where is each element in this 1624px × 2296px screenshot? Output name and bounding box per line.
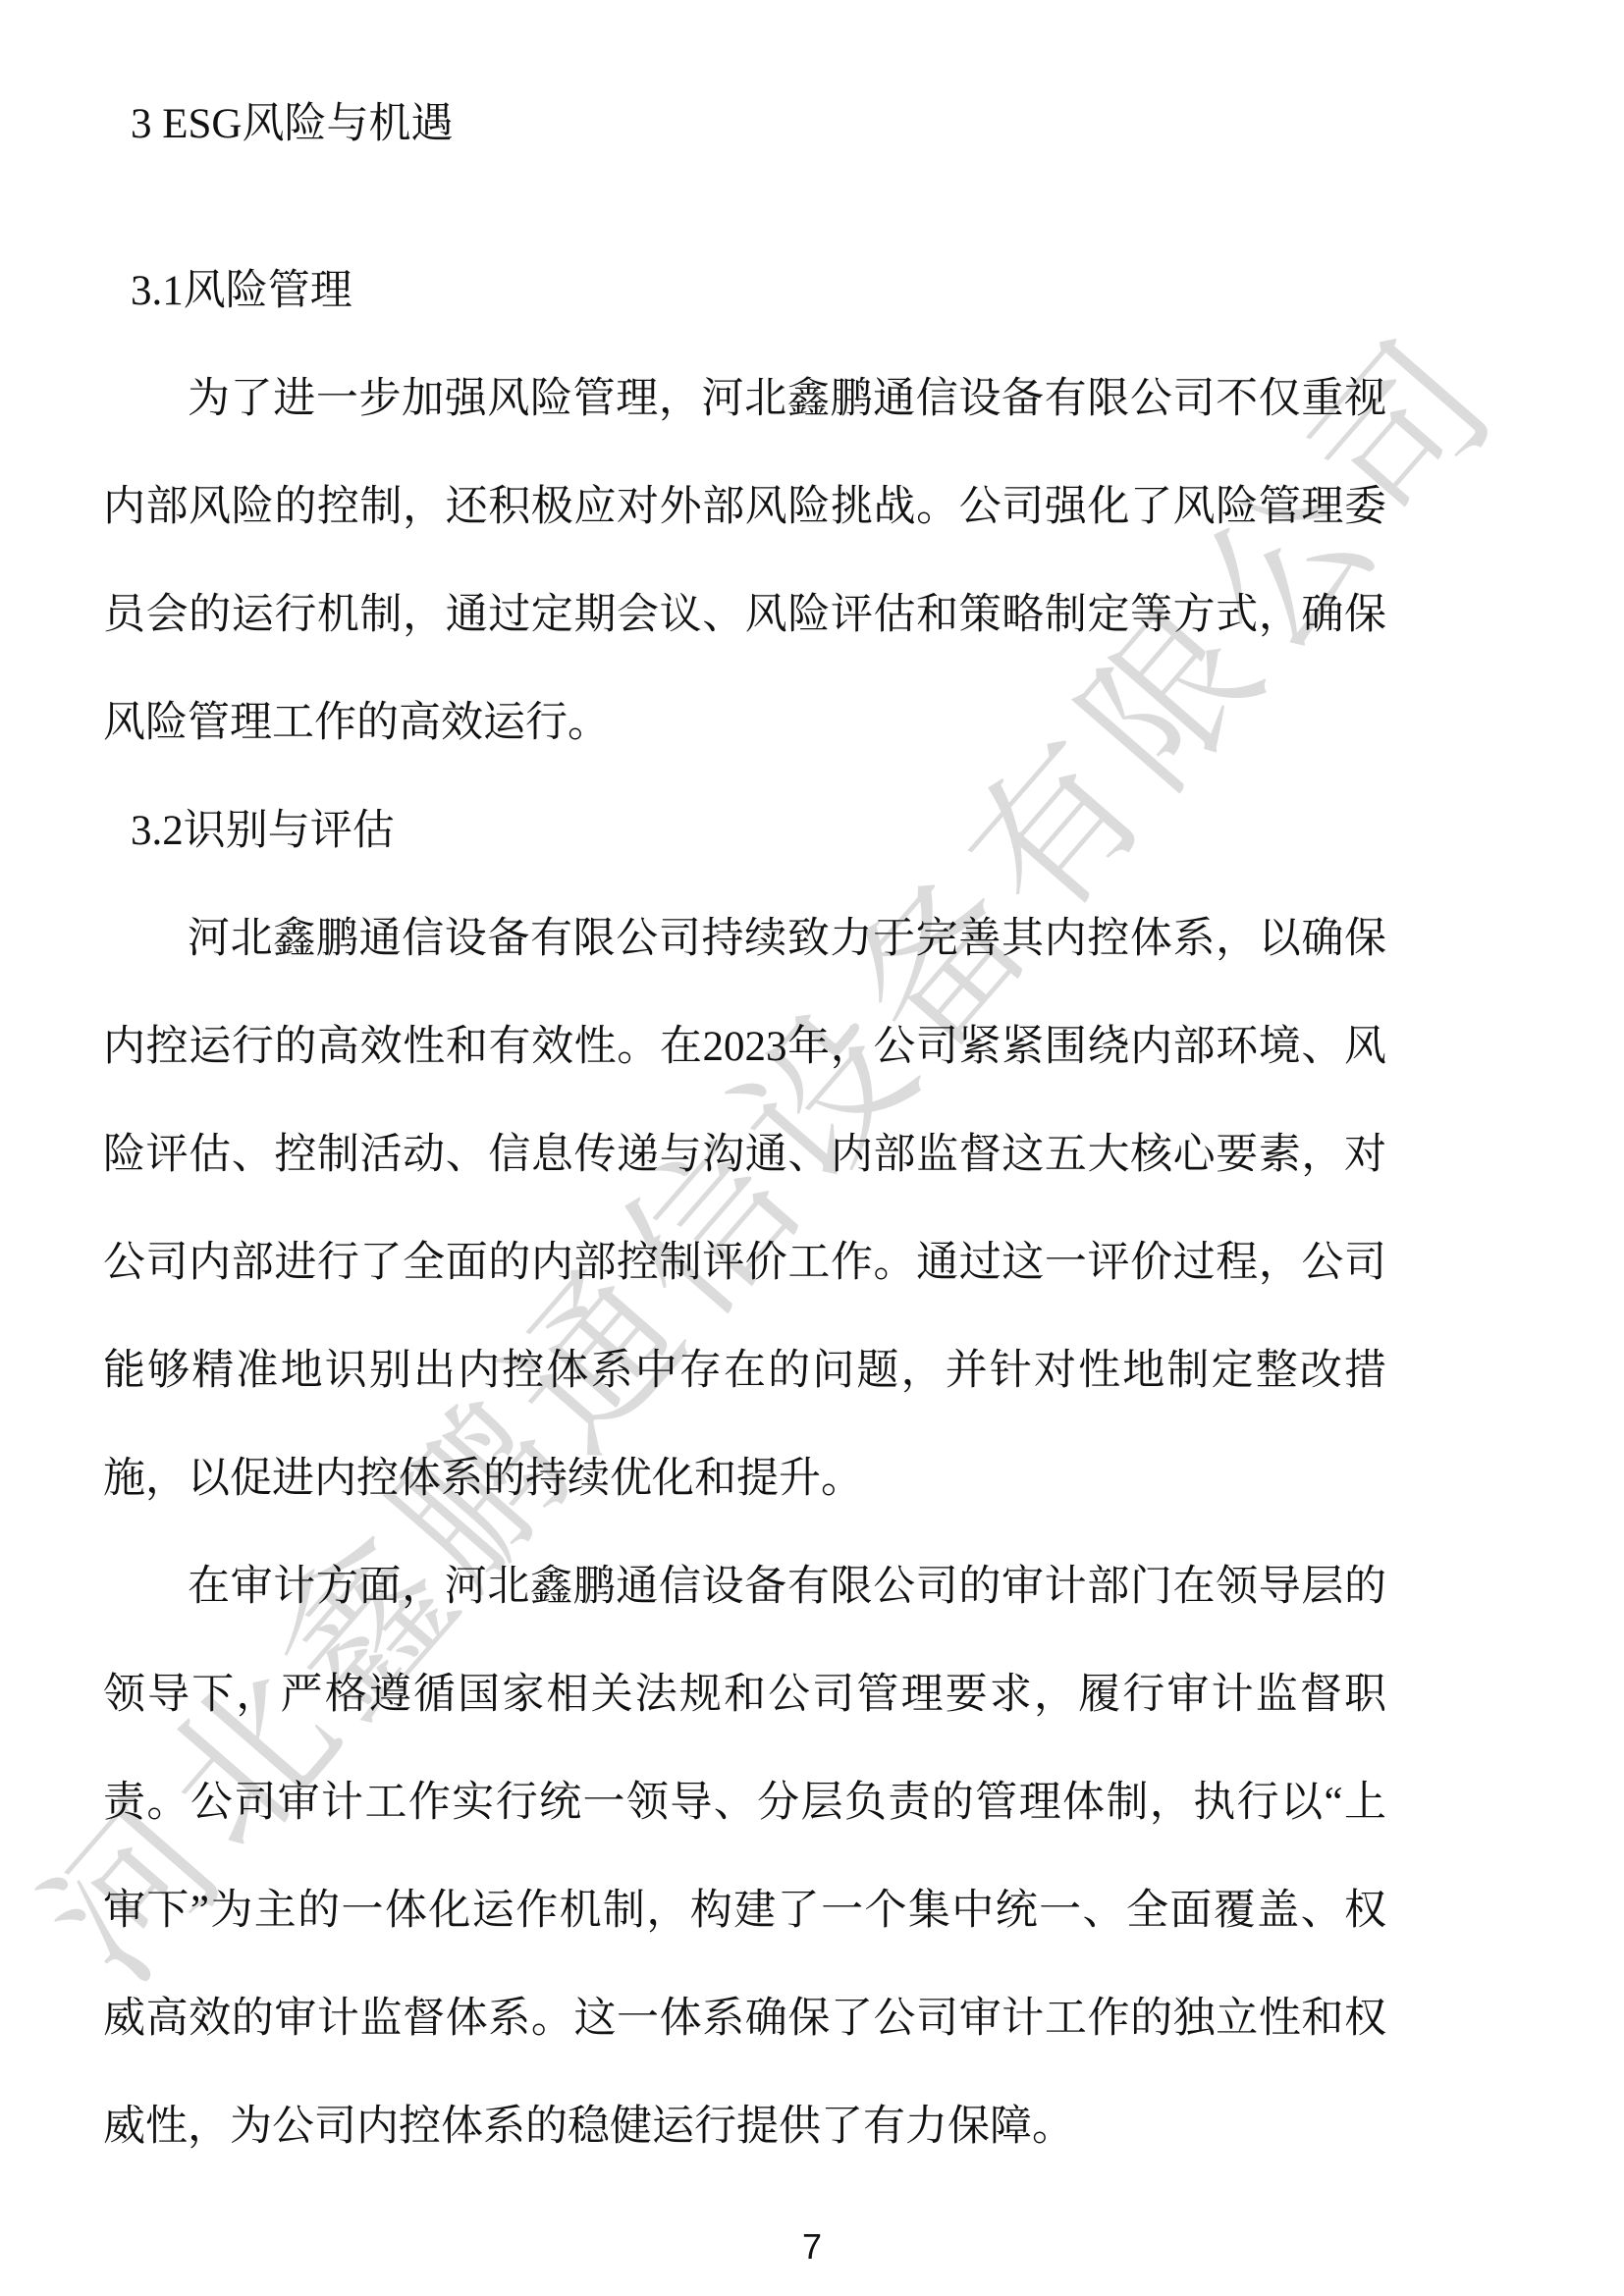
heading-identification-assessment: 3.2识别与评估 bbox=[103, 777, 1386, 885]
document-content: 3 ESG风险与机遇 3.1风险管理 为了进一步加强风险管理，河北鑫鹏通信设备有… bbox=[0, 0, 1386, 2181]
heading-risk-management: 3.1风险管理 bbox=[103, 238, 1386, 346]
document-page: 河北鑫鹏通信设备有限公司 3 ESG风险与机遇 3.1风险管理 为了进一步加强风… bbox=[0, 0, 1624, 2296]
paragraph-internal-control: 河北鑫鹏通信设备有限公司持续致力于完善其内控体系，以确保内控运行的高效性和有效性… bbox=[103, 885, 1386, 1533]
heading-esg-risks-opportunities: 3 ESG风险与机遇 bbox=[103, 71, 1386, 179]
paragraph-audit-system: 在审计方面，河北鑫鹏通信设备有限公司的审计部门在领导层的领导下，严格遵循国家相关… bbox=[103, 1533, 1386, 2181]
page-number: 7 bbox=[0, 2227, 1624, 2267]
paragraph-risk-management: 为了进一步加强风险管理，河北鑫鹏通信设备有限公司不仅重视内部风险的控制，还积极应… bbox=[103, 346, 1386, 777]
